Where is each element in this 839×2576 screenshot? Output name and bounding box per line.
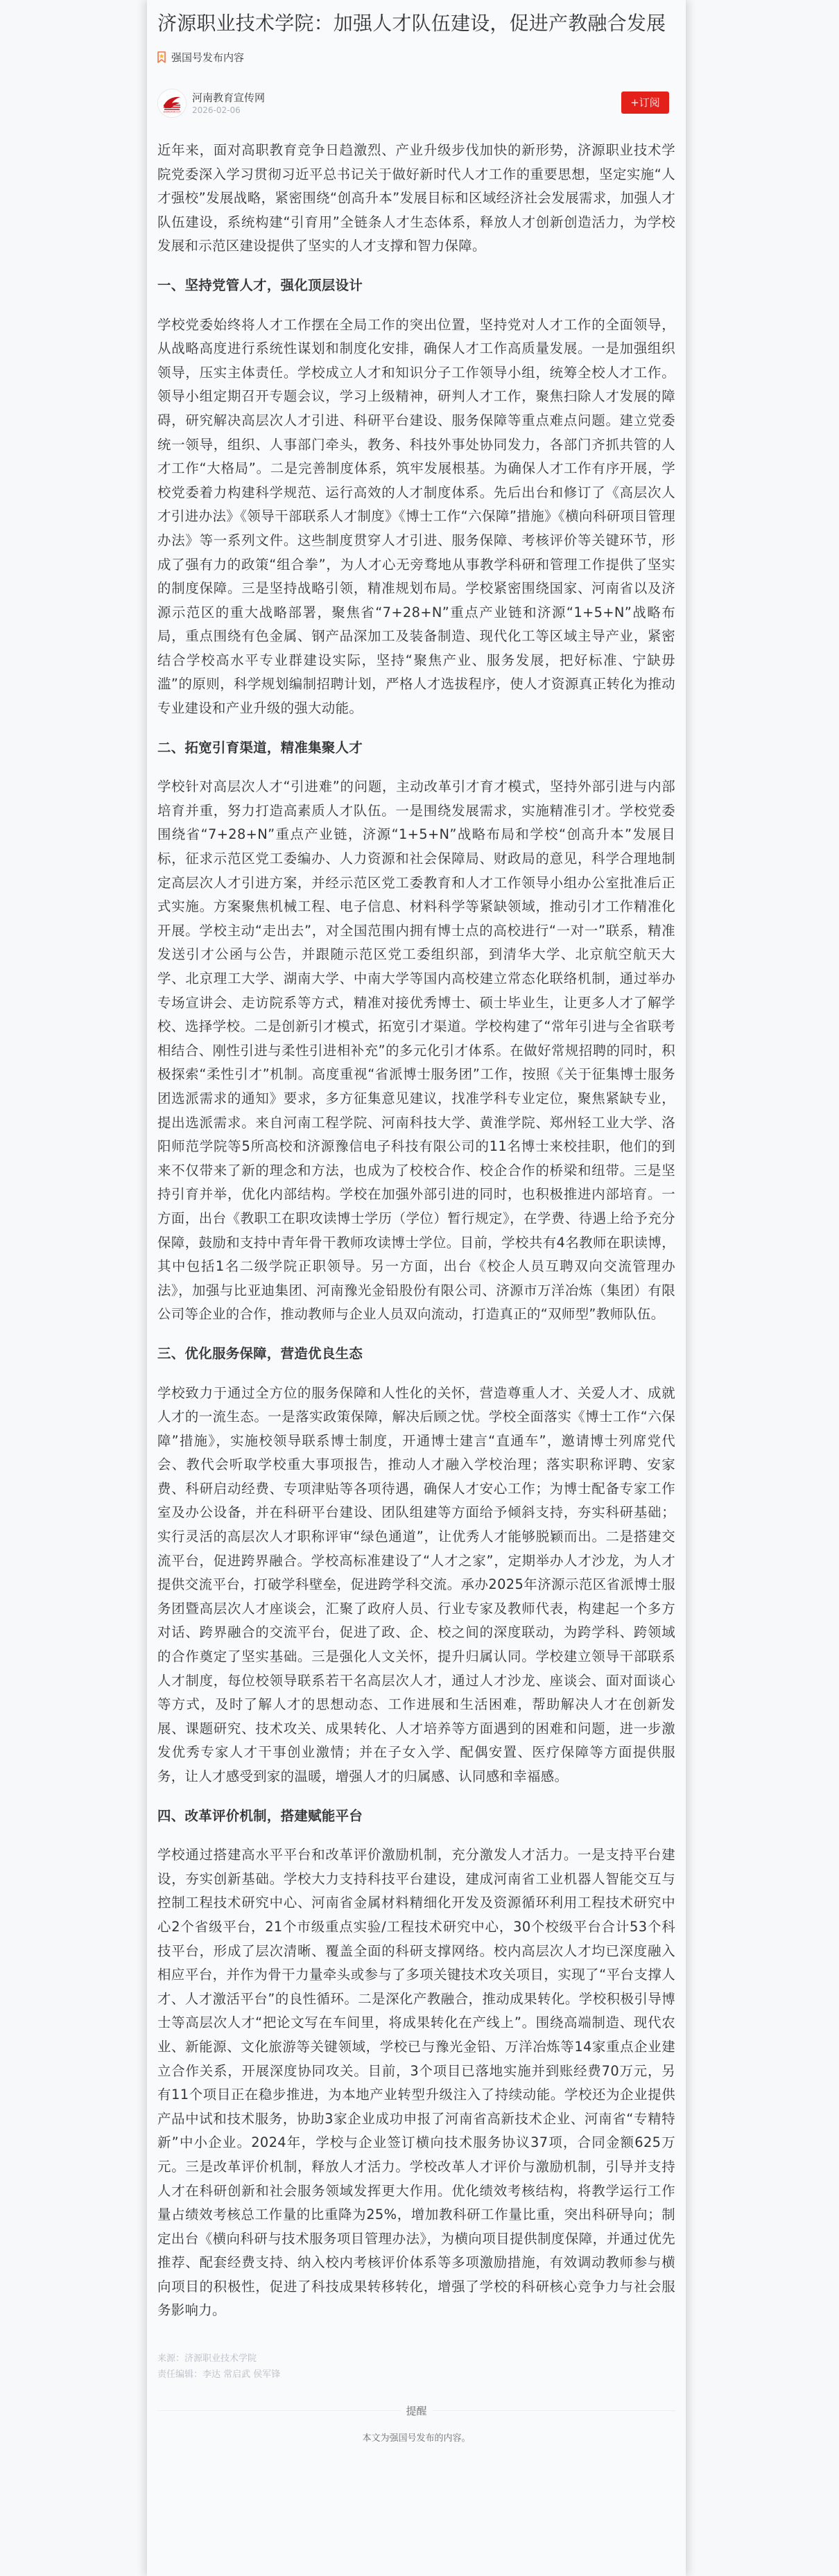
article-body: 近年来，面对高职教育竞争日趋激烈、产业升级步伐加快的新形势，济源职业技术学院党委… xyxy=(157,139,675,2323)
section-heading-4: 四、改革评价机制，搭建赋能平台 xyxy=(157,1804,675,1829)
bookmark-star-icon xyxy=(157,51,166,63)
svg-text:SHUREXUK.CCY: SHUREXUK.CCY xyxy=(164,111,181,114)
publisher-bar: SHUREXUK.CCY 河南教育宣传网 2026-02-06 +订阅 xyxy=(157,89,675,118)
divider-line-left xyxy=(157,2410,401,2411)
section-heading-2: 二、拓宽引育渠道，精准集聚人才 xyxy=(157,736,675,760)
publisher-name[interactable]: 河南教育宣传网 xyxy=(192,91,265,105)
section-heading-3: 三、优化服务保障，营造优良生态 xyxy=(157,1342,675,1366)
henan-education-logo-icon: SHUREXUK.CCY xyxy=(158,89,186,117)
article-title: 济源职业技术学院：加强人才队伍建设，促进产教融合发展 xyxy=(157,0,675,37)
article-meta: 来源：济源职业技术学院 责任编辑：李达 常启武 侯军锋 xyxy=(157,2351,675,2383)
intro-paragraph: 近年来，面对高职教育竞争日趋激烈、产业升级步伐加快的新形势，济源职业技术学院党委… xyxy=(157,139,675,259)
publisher-info: 河南教育宣传网 2026-02-06 xyxy=(192,91,265,116)
source-tag: 强国号发布内容 xyxy=(157,50,675,64)
section-body-3: 学校致力于通过全方位的服务保障和人性化的关怀，营造尊重人才、关爱人才、成就人才的… xyxy=(157,1382,675,1789)
source-tag-label: 强国号发布内容 xyxy=(171,50,244,64)
article-page: 济源职业技术学院：加强人才队伍建设，促进产教融合发展 强国号发布内容 SHURE… xyxy=(147,0,686,2576)
divider-line-right xyxy=(433,2410,676,2411)
reminder-text: 本文为强国号发布的内容。 xyxy=(157,2430,675,2457)
section-body-4: 学校通过搭建高水平平台和改革评价激励机制，充分激发人才活力。一是支持平台建设，夯… xyxy=(157,1843,675,2323)
subscribe-button[interactable]: +订阅 xyxy=(621,92,669,114)
editor-line: 责任编辑：李达 常启武 侯军锋 xyxy=(157,2367,675,2383)
publish-date: 2026-02-06 xyxy=(192,105,265,116)
section-heading-1: 一、坚持党管人才，强化顶层设计 xyxy=(157,274,675,298)
reminder-label: 提醒 xyxy=(401,2403,433,2418)
section-body-2: 学校针对高层次人才“引进难”的问题，主动改革引才育才模式，坚持外部引进与内部培育… xyxy=(157,775,675,1327)
reminder-divider: 提醒 xyxy=(157,2403,675,2418)
avatar[interactable]: SHUREXUK.CCY xyxy=(157,89,187,118)
section-body-1: 学校党委始终将人才工作摆在全局工作的突出位置，坚持党对人才工作的全面领导，从战略… xyxy=(157,313,675,721)
source-line: 来源：济源职业技术学院 xyxy=(157,2351,675,2367)
